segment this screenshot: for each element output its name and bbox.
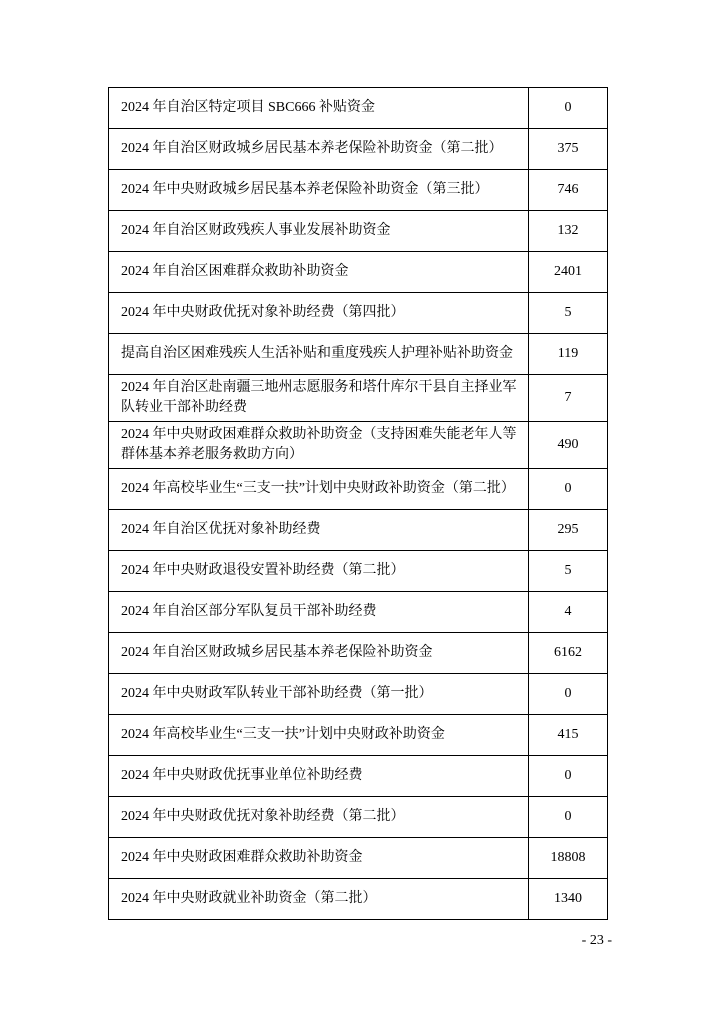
amount-cell: 5 xyxy=(529,550,608,591)
table-body: 2024 年自治区特定项目 SBC666 补贴资金02024 年自治区财政城乡居… xyxy=(109,88,608,920)
table-row: 2024 年自治区优抚对象补助经费295 xyxy=(109,509,608,550)
subsidy-funds-table: 2024 年自治区特定项目 SBC666 补贴资金02024 年自治区财政城乡居… xyxy=(108,87,608,920)
amount-cell: 746 xyxy=(529,170,608,211)
amount-cell: 415 xyxy=(529,714,608,755)
amount-cell: 0 xyxy=(529,468,608,509)
amount-cell: 0 xyxy=(529,796,608,837)
table-row: 2024 年中央财政优抚对象补助经费（第四批）5 xyxy=(109,293,608,334)
amount-cell: 5 xyxy=(529,293,608,334)
amount-cell: 7 xyxy=(529,375,608,422)
amount-cell: 132 xyxy=(529,211,608,252)
fund-name-cell: 提高自治区困难残疾人生活补贴和重度残疾人护理补贴补助资金 xyxy=(109,334,529,375)
amount-cell: 119 xyxy=(529,334,608,375)
table-row: 2024 年中央财政军队转业干部补助经费（第一批）0 xyxy=(109,673,608,714)
table-row: 2024 年高校毕业生“三支一扶”计划中央财政补助资金（第二批）0 xyxy=(109,468,608,509)
amount-cell: 6162 xyxy=(529,632,608,673)
fund-name-cell: 2024 年中央财政城乡居民基本养老保险补助资金（第三批） xyxy=(109,170,529,211)
fund-name-cell: 2024 年中央财政困难群众救助补助资金 xyxy=(109,837,529,878)
table-row: 2024 年中央财政城乡居民基本养老保险补助资金（第三批）746 xyxy=(109,170,608,211)
fund-name-cell: 2024 年中央财政困难群众救助补助资金（支持困难失能老年人等群体基本养老服务救… xyxy=(109,421,529,468)
table-row: 2024 年高校毕业生“三支一扶”计划中央财政补助资金415 xyxy=(109,714,608,755)
table-row: 2024 年自治区困难群众救助补助资金2401 xyxy=(109,252,608,293)
amount-cell: 0 xyxy=(529,88,608,129)
amount-cell: 490 xyxy=(529,421,608,468)
fund-name-cell: 2024 年中央财政退役安置补助经费（第二批） xyxy=(109,550,529,591)
fund-name-cell: 2024 年中央财政就业补助资金（第二批） xyxy=(109,878,529,919)
fund-name-cell: 2024 年自治区赴南疆三地州志愿服务和塔什库尔干县自主择业军队转业干部补助经费 xyxy=(109,375,529,422)
table-row: 2024 年中央财政困难群众救助补助资金18808 xyxy=(109,837,608,878)
fund-name-cell: 2024 年自治区财政城乡居民基本养老保险补助资金（第二批） xyxy=(109,129,529,170)
fund-name-cell: 2024 年高校毕业生“三支一扶”计划中央财政补助资金（第二批） xyxy=(109,468,529,509)
fund-name-cell: 2024 年中央财政优抚事业单位补助经费 xyxy=(109,755,529,796)
table-row: 2024 年自治区赴南疆三地州志愿服务和塔什库尔干县自主择业军队转业干部补助经费… xyxy=(109,375,608,422)
table-row: 2024 年中央财政退役安置补助经费（第二批）5 xyxy=(109,550,608,591)
table-row: 2024 年自治区财政城乡居民基本养老保险补助资金6162 xyxy=(109,632,608,673)
fund-name-cell: 2024 年自治区部分军队复员干部补助经费 xyxy=(109,591,529,632)
document-page: 2024 年自治区特定项目 SBC666 补贴资金02024 年自治区财政城乡居… xyxy=(0,0,714,1010)
amount-cell: 18808 xyxy=(529,837,608,878)
fund-name-cell: 2024 年自治区特定项目 SBC666 补贴资金 xyxy=(109,88,529,129)
table-row: 2024 年中央财政优抚事业单位补助经费0 xyxy=(109,755,608,796)
amount-cell: 2401 xyxy=(529,252,608,293)
fund-name-cell: 2024 年自治区财政残疾人事业发展补助资金 xyxy=(109,211,529,252)
table-row: 2024 年自治区财政城乡居民基本养老保险补助资金（第二批）375 xyxy=(109,129,608,170)
amount-cell: 375 xyxy=(529,129,608,170)
fund-name-cell: 2024 年中央财政军队转业干部补助经费（第一批） xyxy=(109,673,529,714)
table-row: 2024 年自治区特定项目 SBC666 补贴资金0 xyxy=(109,88,608,129)
fund-name-cell: 2024 年自治区困难群众救助补助资金 xyxy=(109,252,529,293)
amount-cell: 0 xyxy=(529,673,608,714)
amount-cell: 1340 xyxy=(529,878,608,919)
fund-name-cell: 2024 年高校毕业生“三支一扶”计划中央财政补助资金 xyxy=(109,714,529,755)
fund-name-cell: 2024 年中央财政优抚对象补助经费（第四批） xyxy=(109,293,529,334)
fund-name-cell: 2024 年自治区优抚对象补助经费 xyxy=(109,509,529,550)
table-row: 2024 年自治区财政残疾人事业发展补助资金132 xyxy=(109,211,608,252)
fund-name-cell: 2024 年自治区财政城乡居民基本养老保险补助资金 xyxy=(109,632,529,673)
table-row: 2024 年中央财政优抚对象补助经费（第二批）0 xyxy=(109,796,608,837)
table-row: 2024 年中央财政就业补助资金（第二批）1340 xyxy=(109,878,608,919)
amount-cell: 295 xyxy=(529,509,608,550)
page-number: - 23 - xyxy=(582,933,612,950)
amount-cell: 4 xyxy=(529,591,608,632)
table-row: 提高自治区困难残疾人生活补贴和重度残疾人护理补贴补助资金119 xyxy=(109,334,608,375)
table-row: 2024 年自治区部分军队复员干部补助经费4 xyxy=(109,591,608,632)
amount-cell: 0 xyxy=(529,755,608,796)
fund-name-cell: 2024 年中央财政优抚对象补助经费（第二批） xyxy=(109,796,529,837)
table-row: 2024 年中央财政困难群众救助补助资金（支持困难失能老年人等群体基本养老服务救… xyxy=(109,421,608,468)
